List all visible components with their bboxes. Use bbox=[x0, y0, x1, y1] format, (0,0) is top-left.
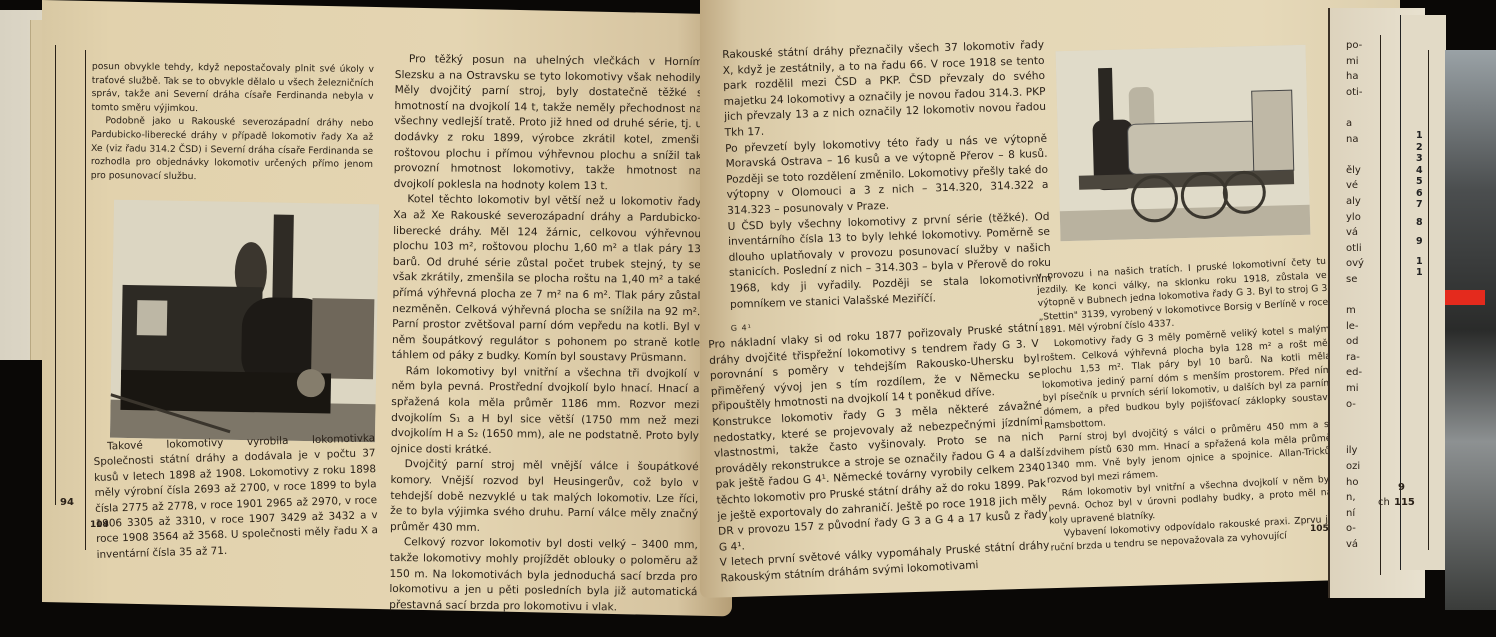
text-fragment bbox=[1346, 428, 1376, 444]
left-photo-caption: Takové lokomotivy vyrobila lokomotivka S… bbox=[93, 431, 379, 563]
right-page-column-1-lower: Pro nákladní vlaky si od roku 1877 pořiz… bbox=[708, 321, 1051, 587]
tender-locomotive-photo bbox=[1056, 45, 1311, 241]
paragraph: U ČSD byly všechny lokomotivy z první sé… bbox=[727, 209, 1052, 313]
list-number: 6 bbox=[1416, 188, 1423, 200]
cover-red-stripe bbox=[1445, 290, 1485, 305]
list-number: 9 bbox=[1416, 236, 1423, 248]
text-fragment: o- bbox=[1346, 397, 1376, 413]
text-fragment: oti- bbox=[1346, 85, 1376, 101]
back-cover-photo bbox=[1445, 50, 1496, 610]
underlying-line-number: 9 bbox=[1398, 482, 1405, 493]
text-fragment: od bbox=[1346, 334, 1376, 350]
right-page-column-1: Rakouské státní dráhy přeznačily všech 3… bbox=[722, 38, 1053, 337]
text-fragment: ěly bbox=[1346, 163, 1376, 179]
text-fragment: mi bbox=[1346, 381, 1376, 397]
paragraph: Kotel těchto lokomotiv byl větší než u l… bbox=[392, 192, 702, 367]
tank-locomotive-photo bbox=[110, 200, 379, 443]
underlying-page-rule bbox=[1380, 35, 1381, 575]
text-fragment bbox=[1346, 100, 1376, 116]
text-fragment: ily bbox=[1346, 443, 1376, 459]
underlying-numbered-list: 1 2 3 4 5 6 7 8 9 1 1 bbox=[1416, 130, 1423, 279]
paragraph: posun obvykle tehdy, když nepostačovaly … bbox=[91, 60, 374, 117]
text-fragment: a bbox=[1346, 116, 1376, 132]
list-number: 1 bbox=[1416, 267, 1423, 279]
text-fragment: aly bbox=[1346, 194, 1376, 210]
underlying-right-page-2 bbox=[1400, 15, 1446, 570]
left-inner-rule bbox=[85, 50, 86, 550]
text-fragment: le- bbox=[1346, 319, 1376, 335]
paragraph: Celkový rozvor lokomotiv byl dosti velký… bbox=[389, 535, 698, 616]
caption-text: Takové lokomotivy vyrobila lokomotivka S… bbox=[93, 431, 379, 563]
list-number: 5 bbox=[1416, 176, 1423, 188]
text-fragment: ní bbox=[1346, 506, 1376, 522]
underlying-page-number: 115 bbox=[1394, 497, 1415, 508]
text-fragment: mi bbox=[1346, 54, 1376, 70]
text-fragment: ový bbox=[1346, 256, 1376, 272]
text-fragment: o- bbox=[1346, 521, 1376, 537]
paragraph: Rakouské státní dráhy přeznačily všech 3… bbox=[722, 38, 1047, 142]
paragraph: Konstrukce lokomotiv řady G 3 měla někte… bbox=[712, 399, 1049, 556]
text-fragment: vá bbox=[1346, 225, 1376, 241]
left-page-number: 94 bbox=[60, 497, 74, 508]
text-fragment: na bbox=[1346, 132, 1376, 148]
left-page-intro: posun obvykle tehdy, když nepostačovaly … bbox=[91, 60, 374, 185]
underlying-fragment: ch bbox=[1378, 497, 1390, 508]
text-fragment: ra- bbox=[1346, 350, 1376, 366]
left-margin-rule bbox=[55, 45, 56, 505]
locomotive-image bbox=[110, 200, 379, 443]
text-fragment: ylo bbox=[1346, 210, 1376, 226]
text-fragment bbox=[1346, 412, 1376, 428]
list-number: 2 bbox=[1416, 142, 1423, 154]
underlying-page-rule-2 bbox=[1428, 50, 1429, 550]
text-fragment: otli bbox=[1346, 241, 1376, 257]
margin-ref-number: 104 bbox=[90, 520, 109, 530]
list-number: 1 bbox=[1416, 130, 1423, 142]
text-fragment: se bbox=[1346, 272, 1376, 288]
list-number: 1 bbox=[1416, 256, 1423, 268]
paragraph: Rám lokomotivy byl vnitřní a všechna tři… bbox=[391, 364, 700, 461]
paragraph: Podobně jako u Rakouské severozápadní dr… bbox=[91, 114, 374, 185]
book-spread: 94 posun obvykle tehdy, když nepostačova… bbox=[0, 0, 1496, 637]
text-fragment bbox=[1346, 147, 1376, 163]
text-fragment: vá bbox=[1346, 537, 1376, 553]
text-fragment: n, bbox=[1346, 490, 1376, 506]
text-fragment: vé bbox=[1346, 178, 1376, 194]
left-page-column-2: Pro těžký posun na uhelných vlečkách v H… bbox=[389, 52, 703, 617]
paragraph: Lokomotivy řady G 3 měly poměrně veliký … bbox=[1040, 323, 1335, 433]
text-fragment: ha bbox=[1346, 69, 1376, 85]
underlying-page-text: po- mi ha oti- a na ěly vé aly ylo vá ot… bbox=[1346, 38, 1376, 553]
text-fragment: ho bbox=[1346, 475, 1376, 491]
list-number: 8 bbox=[1416, 217, 1423, 229]
paragraph: Dvojčitý parní stroj měl vnější válce i … bbox=[390, 457, 699, 538]
text-fragment bbox=[1346, 288, 1376, 304]
text-fragment: ed- bbox=[1346, 365, 1376, 381]
text-fragment: ozi bbox=[1346, 459, 1376, 475]
list-number: 4 bbox=[1416, 165, 1423, 177]
text-fragment: m bbox=[1346, 303, 1376, 319]
right-page-number: 105 bbox=[1310, 524, 1329, 534]
list-number: 3 bbox=[1416, 153, 1423, 165]
list-number: 7 bbox=[1416, 199, 1423, 211]
paragraph: Po převzetí byly lokomotivy této řady u … bbox=[725, 131, 1049, 219]
paragraph: Pro těžký posun na uhelných vlečkách v H… bbox=[394, 52, 703, 196]
text-fragment: po- bbox=[1346, 38, 1376, 54]
locomotive-image bbox=[1056, 45, 1311, 241]
right-page-column-2: v provozu i na našich tratích. I pruské … bbox=[1036, 255, 1341, 555]
